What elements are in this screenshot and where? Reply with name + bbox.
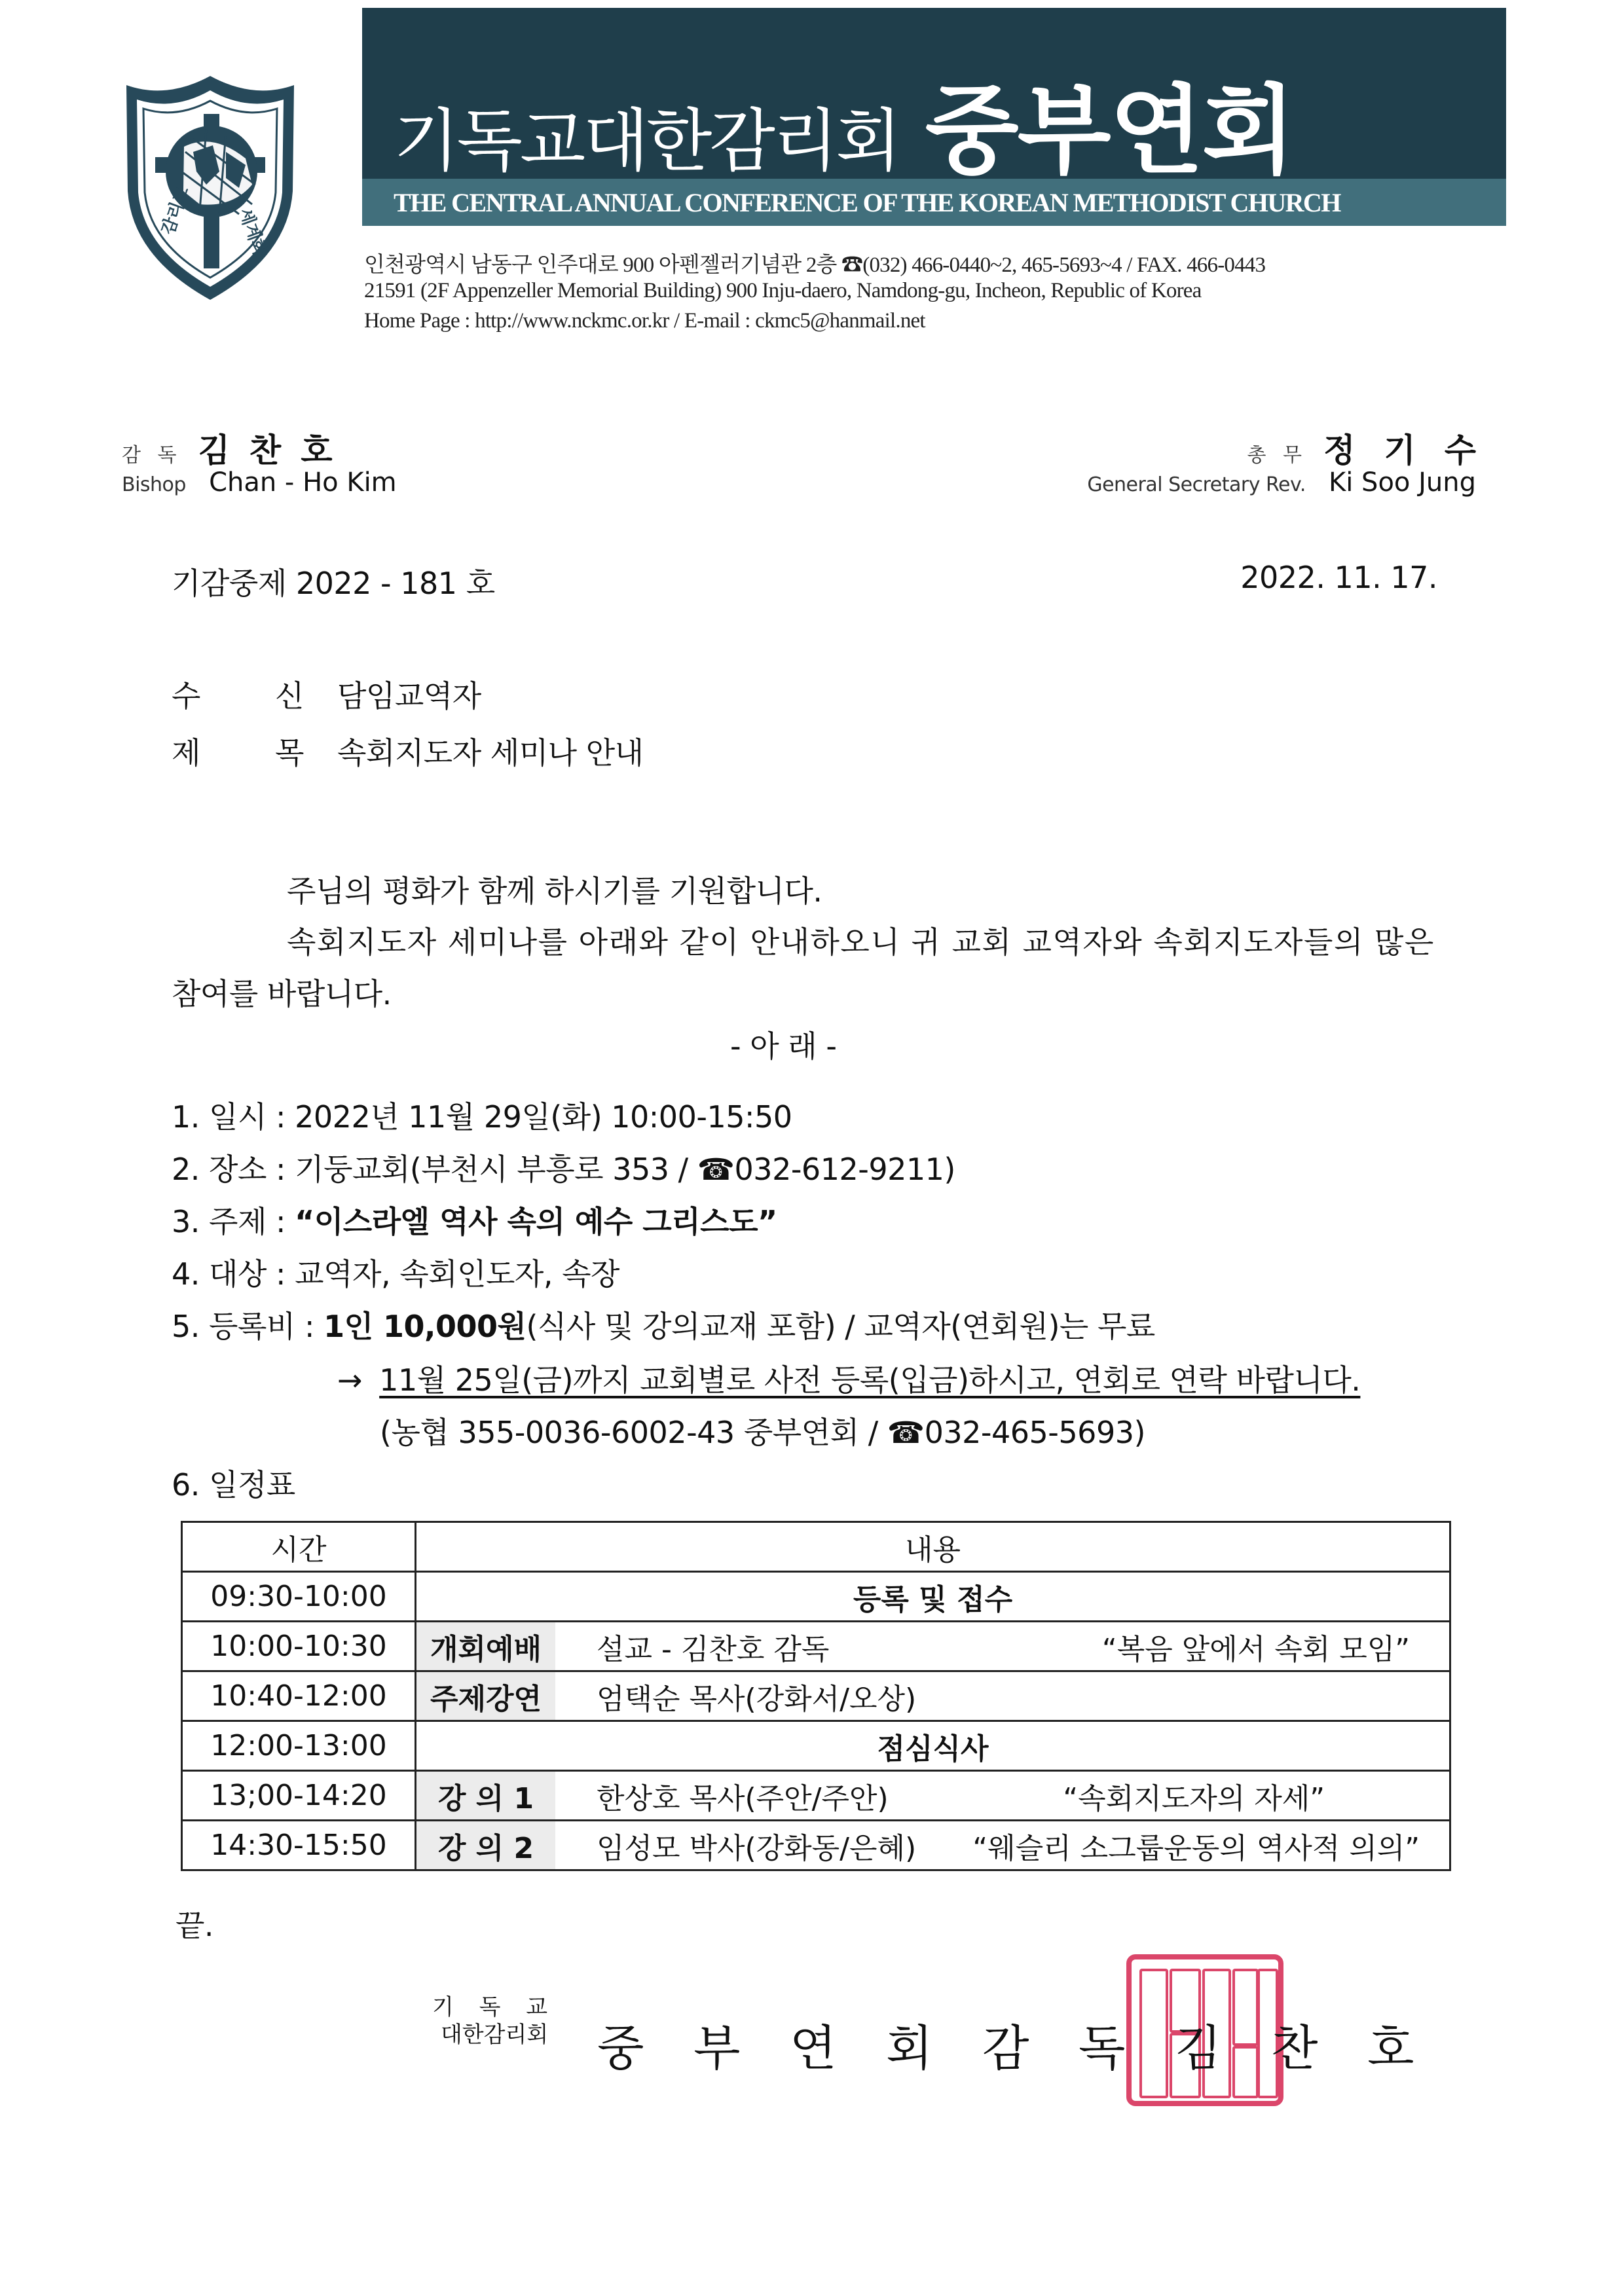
row-time: 14:30-15:50 — [182, 1821, 416, 1870]
row-title: “복음 앞에서 속회 모임” — [1102, 1622, 1410, 1670]
row-label: 강 의 2 — [416, 1821, 555, 1869]
secretary-label-en: General Secretary Rev. — [1087, 473, 1306, 496]
row-content: 등록 및 접수 — [416, 1572, 1450, 1622]
organization-title: 기독교대한감리회중부연회 — [394, 54, 1295, 192]
document-date: 2022. 11. 17. — [1240, 560, 1437, 595]
detail-theme-value: “이스라엘 역사 속의 예수 그리스도” — [295, 1204, 777, 1239]
address-line-korean: 인천광역시 남동구 인주대로 900 아펜젤러기념관 2층 ☎(032) 466… — [364, 247, 1265, 278]
body-paragraph-line-2: 참여를 바랍니다. — [172, 970, 392, 1013]
secretary-korean: 총 무 정기수 — [1247, 424, 1477, 471]
bishop-english: Bishop Chan - Ho Kim — [122, 467, 397, 498]
row-time: 12:00-13:00 — [182, 1721, 416, 1771]
table-row: 13;00-14:20 강 의 1 한상호 목사(주안/주안) “속회지도자의 … — [182, 1771, 1450, 1821]
recipient-label-1: 수 — [172, 672, 200, 716]
secretary-name-ko: 정기수 — [1323, 431, 1505, 469]
end-mark: 끝. — [175, 1902, 213, 1945]
bishop-label-ko: 감 독 — [122, 444, 182, 467]
letterhead-banner: 기독교대한감리회중부연회 THE CENTRAL ANNUAL CONFEREN… — [362, 8, 1506, 226]
subject-label-1: 제 — [172, 729, 200, 773]
row-time: 09:30-10:00 — [182, 1572, 416, 1622]
signature-org-small: 기 독 교 대한감리회 — [432, 1994, 557, 2049]
detail-fee-note: (식사 및 강의교재 포함) / 교역자(연회원)는 무료 — [526, 1309, 1154, 1344]
table-header-row: 시간 내용 — [182, 1522, 1450, 1572]
church-logo-shield-icon: 감리교 세계화 — [121, 73, 299, 302]
secretary-label-ko: 총 무 — [1247, 444, 1308, 467]
contact-line: Home Page : http://www.nckmc.or.kr / E-m… — [364, 309, 925, 333]
table-row: 10:40-12:00 주제강연 엄택순 목사(강화서/오상) — [182, 1671, 1450, 1721]
detail-audience: 4. 대상 : 교역자, 속회인도자, 속장 — [172, 1250, 619, 1294]
bishop-name-ko: 김찬호 — [198, 431, 352, 469]
detail-date-value: 2022년 11월 29일(화) 10:00-15:50 — [295, 1099, 792, 1135]
organization-english-name: THE CENTRAL ANNUAL CONFERENCE OF THE KOR… — [394, 187, 1340, 218]
row-title: “속회지도자의 자세” — [1063, 1772, 1325, 1819]
detail-location-label: 2. 장소 : — [172, 1152, 286, 1187]
row-content: 강 의 2 임성모 박사(강화동/은혜) “웨슬리 소그룹운동의 역사적 의의” — [416, 1821, 1450, 1870]
row-label: 주제강연 — [416, 1672, 555, 1720]
detail-location: 2. 장소 : 기둥교회(부천시 부흥로 353 / ☎032-612-9211… — [172, 1146, 955, 1189]
row-speaker: 한상호 목사(주안/주안) — [597, 1772, 889, 1819]
detail-fee: 5. 등록비 : 1인 10,000원(식사 및 강의교재 포함) / 교역자(… — [172, 1303, 1155, 1346]
detail-date: 1. 일시 : 2022년 11월 29일(화) 10:00-15:50 — [172, 1093, 792, 1137]
table-row: 12:00-13:00 점심식사 — [182, 1721, 1450, 1771]
bishop-korean: 감 독 김찬호 — [122, 424, 352, 471]
arrow-right-icon: → — [337, 1362, 362, 1398]
row-content: 주제강연 엄택순 목사(강화서/오상) — [416, 1671, 1450, 1721]
subject-value: 속회지도자 세미나 안내 — [337, 729, 644, 773]
detail-theme-label: 3. 주제 : — [172, 1204, 286, 1239]
row-time: 10:40-12:00 — [182, 1671, 416, 1721]
bishop-name-en: Chan - Ho Kim — [209, 467, 397, 498]
address-line-english: 21591 (2F Appenzeller Memorial Building)… — [364, 279, 1202, 303]
recipient-label-2: 신 — [275, 672, 304, 716]
row-content: 개회예배 설교 - 김찬호 감독 “복음 앞에서 속회 모임” — [416, 1622, 1450, 1671]
table-row: 10:00-10:30 개회예배 설교 - 김찬호 감독 “복음 앞에서 속회 … — [182, 1622, 1450, 1671]
row-speaker: 임성모 박사(강화동/은혜) — [597, 1821, 916, 1869]
document-number: 기감중제 2022 - 181 호 — [172, 560, 495, 603]
table-row: 09:30-10:00 등록 및 접수 — [182, 1572, 1450, 1622]
row-title: “웨슬리 소그룹운동의 역사적 의의” — [972, 1821, 1420, 1869]
row-speaker: 엄택순 목사(강화서/오상) — [597, 1672, 916, 1720]
row-content: 점심식사 — [416, 1721, 1450, 1771]
greeting: 주님의 평화가 함께 하시기를 기원합니다. — [287, 867, 822, 911]
row-label: 개회예배 — [416, 1622, 555, 1670]
detail-fee-label: 5. 등록비 : — [172, 1309, 314, 1344]
detail-location-value: 기둥교회(부천시 부흥로 353 / ☎032-612-9211) — [295, 1152, 955, 1187]
detail-date-label: 1. 일시 : — [172, 1099, 286, 1135]
org-small-line-1: 기 독 교 — [432, 1994, 557, 2021]
below-marker: - 아 래 - — [730, 1023, 836, 1066]
org-small-line-2: 대한감리회 — [432, 2021, 557, 2049]
detail-audience-label: 4. 대상 : — [172, 1256, 286, 1292]
detail-theme: 3. 주제 : “이스라엘 역사 속의 예수 그리스도” — [172, 1198, 777, 1241]
body-paragraph-line-1: 속회지도자 세미나를 아래와 같이 안내하오니 귀 교회 교역자와 속회지도자들… — [287, 919, 1435, 962]
organization-title-main: 중부연회 — [925, 75, 1295, 187]
secretary-name-en: Ki Soo Jung — [1329, 467, 1476, 498]
secretary-english: General Secretary Rev. Ki Soo Jung — [1087, 467, 1476, 498]
header-content: 내용 — [416, 1522, 1450, 1572]
row-label: 강 의 1 — [416, 1772, 555, 1819]
bank-account-info: (농협 355-0036-6002-43 중부연회 / ☎032-465-569… — [380, 1409, 1145, 1452]
schedule-heading: 6. 일정표 — [172, 1461, 295, 1504]
registration-deadline-text: 11월 25일(금)까지 교회별로 사전 등록(입금)하시고, 연회로 연락 바… — [379, 1362, 1360, 1398]
detail-audience-value: 교역자, 속회인도자, 속장 — [295, 1256, 619, 1292]
row-speaker: 설교 - 김찬호 감독 — [597, 1622, 829, 1670]
table-row: 14:30-15:50 강 의 2 임성모 박사(강화동/은혜) “웨슬리 소그… — [182, 1821, 1450, 1870]
signature-line: 중 부 연 회 감 독 김 찬 호 — [597, 2010, 1431, 2079]
schedule-table: 시간 내용 09:30-10:00 등록 및 접수 10:00-10:30 개회… — [181, 1521, 1451, 1871]
row-time: 10:00-10:30 — [182, 1622, 416, 1671]
row-time: 13;00-14:20 — [182, 1771, 416, 1821]
detail-fee-amount: 1인 10,000원 — [323, 1309, 526, 1344]
header-time: 시간 — [182, 1522, 416, 1572]
recipient-value: 담임교역자 — [337, 672, 481, 716]
row-content: 강 의 1 한상호 목사(주안/주안) “속회지도자의 자세” — [416, 1771, 1450, 1821]
bishop-label-en: Bishop — [122, 473, 186, 496]
registration-deadline: → 11월 25일(금)까지 교회별로 사전 등록(입금)하시고, 연회로 연락… — [337, 1357, 1360, 1400]
organization-title-prefix: 기독교대한감리회 — [394, 101, 899, 181]
subject-label-2: 목 — [275, 729, 304, 773]
